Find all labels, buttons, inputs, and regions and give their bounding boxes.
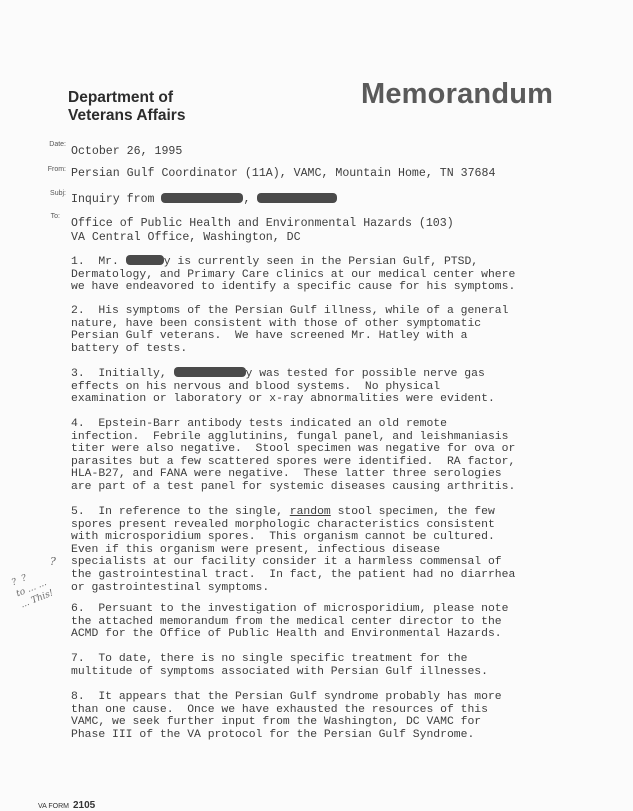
- p3-rest: effects on his nervous and blood systems…: [71, 381, 495, 406]
- handwritten-question-mark: ?: [50, 555, 56, 568]
- redaction-bar: [174, 367, 246, 377]
- department-line1: Department of: [68, 89, 185, 107]
- p3-line1: y was tested for possible nerve gas: [246, 368, 485, 380]
- subj-separator: ,: [243, 193, 250, 206]
- paragraph-7: 7. To date, there is no single specific …: [71, 653, 591, 678]
- memo-title: Memorandum: [361, 78, 553, 111]
- from-label: From:: [36, 166, 66, 173]
- paragraph-1: 1. Mr. y is currently seen in the Persia…: [71, 255, 591, 294]
- subj-value: Inquiry from ,: [71, 193, 337, 206]
- p1-start: 1. Mr.: [71, 256, 126, 268]
- department-name: Department of Veterans Affairs: [68, 89, 185, 125]
- redaction-bar: [161, 193, 243, 203]
- paragraph-2: 2. His symptoms of the Persian Gulf illn…: [71, 305, 591, 355]
- paragraph-6: 6. Persuant to the investigation of micr…: [71, 603, 591, 641]
- date-value: October 26, 1995: [71, 145, 182, 158]
- p3-start: 3. Initially,: [71, 368, 174, 380]
- p5-start: 5. In reference to the single,: [71, 506, 290, 518]
- p5-line1: stool specimen, the few: [331, 506, 495, 518]
- paragraph-5: 5. In reference to the single, random st…: [71, 506, 591, 594]
- paragraph-4: 4. Epstein-Barr antibody tests indicated…: [71, 418, 591, 494]
- to-line1: Office of Public Health and Environmenta…: [71, 217, 454, 230]
- form-number-value: 2105: [73, 800, 95, 811]
- p5-underlined: random: [290, 506, 331, 518]
- to-label: To:: [30, 213, 60, 220]
- handwritten-margin-note: ? ? to ... ... ... This!: [10, 565, 55, 611]
- subj-label: Subj:: [36, 190, 66, 197]
- to-line2: VA Central Office, Washington, DC: [71, 231, 301, 244]
- redaction-bar: [257, 193, 337, 203]
- date-label: Date:: [36, 141, 66, 148]
- paragraph-3: 3. Initially, y was tested for possible …: [71, 367, 591, 406]
- paragraph-8: 8. It appears that the Persian Gulf synd…: [71, 691, 591, 741]
- redaction-bar: [126, 255, 164, 265]
- department-line2: Veterans Affairs: [68, 107, 185, 125]
- form-label: VA FORM: [38, 803, 69, 810]
- form-number: VA FORM2105: [38, 800, 95, 811]
- p1-line1: y is currently seen in the Persian Gulf,…: [164, 256, 478, 268]
- p1-rest: Dermatology, and Primary Care clinics at…: [71, 269, 515, 294]
- from-value: Persian Gulf Coordinator (11A), VAMC, Mo…: [71, 167, 495, 180]
- subj-prefix: Inquiry from: [71, 193, 155, 206]
- p5-rest: spores present revealed morphologic char…: [71, 519, 515, 594]
